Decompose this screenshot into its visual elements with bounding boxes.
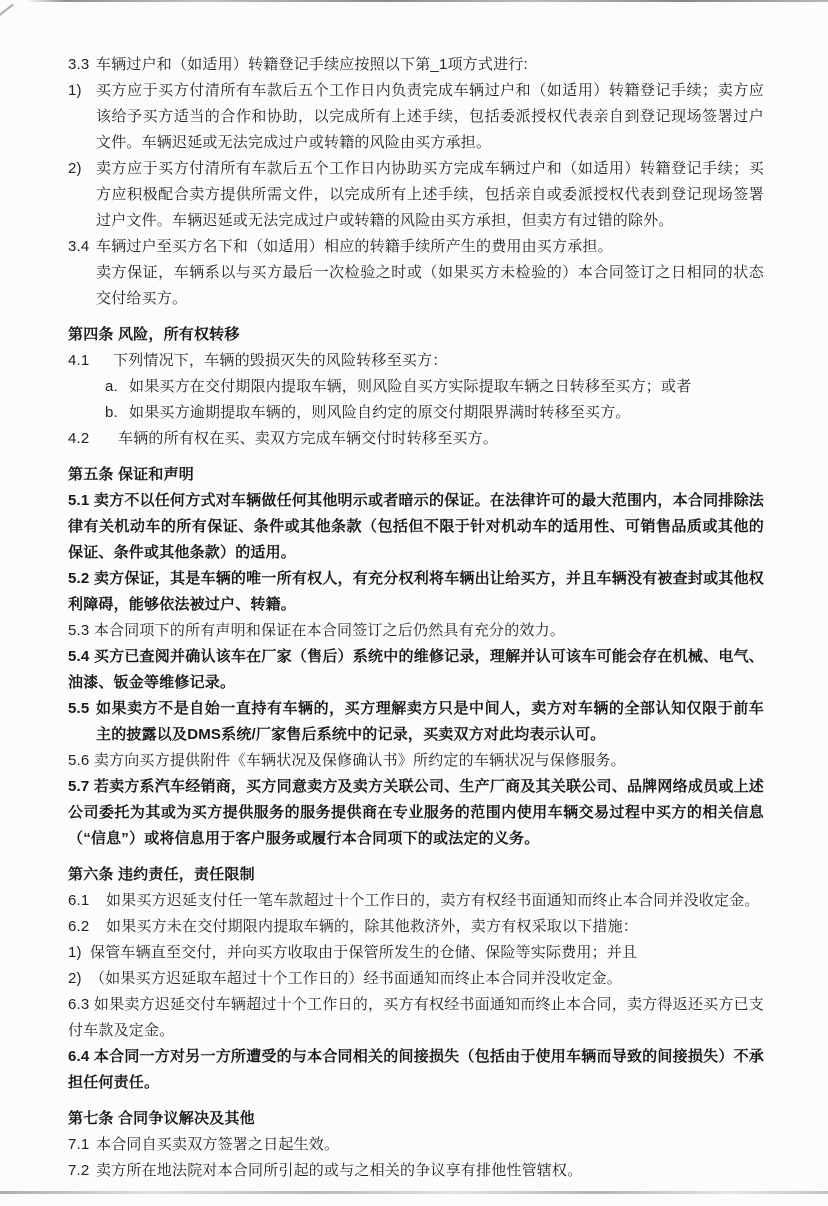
contract-paragraph: 5.6 卖方向买方提供附件《车辆状况及保修确认书》所约定的车辆状况与保修服务。 [68, 748, 764, 774]
scan-corner-mark [0, 4, 14, 17]
section-heading: 第六条 违约责任，责任限制 [68, 862, 764, 888]
paragraph-number: b. [105, 400, 129, 426]
contract-paragraph: 6.2 如果买方未在交付期限内提取车辆的，除其他救济外，卖方有权采取以下措施： [68, 914, 764, 940]
contract-paragraph: 1) 买方应于买方付清所有车款后五个工作日内负责完成车辆过户和（如适用）转籍登记… [68, 78, 764, 156]
paragraph-text: 5.7 若卖方系汽车经销商，买方同意卖方及卖方关联公司、生产厂商及其关联公司、品… [68, 774, 764, 852]
paragraph-text: 如果买方逾期提取车辆的，则风险自约定的原交付期限界满时转移至买方。 [129, 400, 764, 426]
paragraph-number: 7.1 [68, 1132, 96, 1158]
section-heading: 第五条 保证和声明 [68, 462, 764, 488]
paragraph-text: 如果卖方不是自始一直持有车辆的，买方理解卖方只是中间人，卖方对车辆的全部认知仅限… [96, 696, 764, 748]
contract-paragraph: 2) （如果买方迟延取车超过十个工作日的）经书面通知而终止本合同并没收定金。 [68, 966, 764, 992]
paragraph-text: 第四条 风险，所有权转移 [68, 322, 764, 348]
contract-paragraph: 5.2 卖方保证，其是车辆的唯一所有权人，有充分权利将车辆出让给买方，并且车辆没… [68, 566, 764, 618]
section-heading: 第七条 合同争议解决及其他 [68, 1106, 764, 1132]
section-heading: 第四条 风险，所有权转移 [68, 322, 764, 348]
contract-paragraph: 4.1 下列情况下，车辆的毁损灭失的风险转移至买方： [68, 348, 764, 374]
contract-paragraph: 4.2 车辆的所有权在买、卖双方完成车辆交付时转移至买方。 [68, 426, 764, 452]
contract-paragraph: 5.1 卖方不以任何方式对车辆做任何其他明示或者暗示的保证。在法律许可的最大范围… [68, 488, 764, 566]
contract-paragraph: b. 如果买方逾期提取车辆的，则风险自约定的原交付期限界满时转移至买方。 [68, 400, 764, 426]
paragraph-text: 第五条 保证和声明 [68, 462, 764, 488]
contract-paragraph: 3.4 车辆过户至买方名下和（如适用）相应的转籍手续所产生的费用由买方承担。 [68, 234, 764, 260]
paragraph-number: 2) [68, 966, 90, 992]
paragraph-text: 车辆过户和（如适用）转籍登记手续应按照以下第_1项方式进行: [96, 52, 764, 78]
contract-paragraph: 卖方保证，车辆系以与买方最后一次检验之时或（如果买方未检验的）本合同签订之日相同… [68, 260, 764, 312]
paragraph-number: 4.2 [68, 426, 118, 452]
paragraph-text: 5.4 买方已查阅并确认该车在厂家（售后）系统中的维修记录，理解并认可该车可能会… [68, 644, 764, 696]
paragraph-text: 下列情况下，车辆的毁损灭失的风险转移至买方： [113, 348, 764, 374]
paragraph-text: 5.6 卖方向买方提供附件《车辆状况及保修确认书》所约定的车辆状况与保修服务。 [68, 748, 764, 774]
paragraph-number: 6.2 [68, 914, 106, 940]
paragraph-text: 如果买方迟延支付任一笔车款超过十个工作日的，卖方有权经书面通知而终止本合同并没收… [106, 888, 764, 914]
contract-page: 3.3 车辆过户和（如适用）转籍登记手续应按照以下第_1项方式进行: 1) 买方… [68, 52, 764, 1184]
paragraph-number: 4.1 [68, 348, 113, 374]
paragraph-text: 第六条 违约责任，责任限制 [68, 862, 764, 888]
paragraph-text: 本合同自买卖双方签署之日起生效。 [96, 1132, 764, 1158]
contract-paragraph: a. 如果买方在交付期限内提取车辆，则风险自买方实际提取车辆之日转移至买方；或者 [68, 374, 764, 400]
paragraph-text: （如果买方迟延取车超过十个工作日的）经书面通知而终止本合同并没收定金。 [90, 966, 764, 992]
paragraph-text: 如果买方未在交付期限内提取车辆的，除其他救济外，卖方有权采取以下措施： [106, 914, 764, 940]
paragraph-text: 6.4 本合同一方对另一方所遭受的与本合同相关的间接损失（包括由于使用车辆而导致… [68, 1044, 764, 1096]
paragraph-number: 7.2 [68, 1158, 96, 1184]
paragraph-text: 卖方所在地法院对本合同所引起的或与之相关的争议享有排他性管辖权。 [96, 1158, 764, 1184]
contract-paragraph: 5.7 若卖方系汽车经销商，买方同意卖方及卖方关联公司、生产厂商及其关联公司、品… [68, 774, 764, 852]
contract-paragraph: 7.1 本合同自买卖双方签署之日起生效。 [68, 1132, 764, 1158]
paragraph-number: 1) [68, 940, 90, 966]
contract-paragraph: 7.2 卖方所在地法院对本合同所引起的或与之相关的争议享有排他性管辖权。 [68, 1158, 764, 1184]
contract-body: 3.3 车辆过户和（如适用）转籍登记手续应按照以下第_1项方式进行: 1) 买方… [68, 52, 764, 1184]
paragraph-number: 5.5 [68, 696, 96, 748]
paragraph-text: 5.2 卖方保证，其是车辆的唯一所有权人，有充分权利将车辆出让给买方，并且车辆没… [68, 566, 764, 618]
paragraph-number: 3.4 [68, 234, 96, 260]
contract-paragraph: 6.1 如果买方迟延支付任一笔车款超过十个工作日的，卖方有权经书面通知而终止本合… [68, 888, 764, 914]
paragraph-text: 第七条 合同争议解决及其他 [68, 1106, 764, 1132]
scan-edge-top [26, 0, 828, 2]
contract-paragraph: 3.3 车辆过户和（如适用）转籍登记手续应按照以下第_1项方式进行: [68, 52, 764, 78]
paragraph-text: 买方应于买方付清所有车款后五个工作日内负责完成车辆过户和（如适用）转籍登记手续；… [96, 78, 764, 156]
paragraph-number: 2) [68, 156, 96, 234]
paragraph-text: 保管车辆直至交付，并向买方收取由于保管所发生的仓储、保险等实际费用；并且 [90, 940, 764, 966]
paragraph-text: 5.3 本合同项下的所有声明和保证在本合同签订之后仍然具有充分的效力。 [68, 618, 764, 644]
paragraph-text: 6.3 如果卖方迟延交付车辆超过十个工作日的，买方有权经书面通知而终止本合同，卖… [68, 992, 764, 1044]
paragraph-number: 6.1 [68, 888, 106, 914]
paragraph-text: 卖方应于买方付清所有车款后五个工作日内协助买方完成车辆过户和（如适用）转籍登记手… [96, 156, 764, 234]
contract-paragraph: 2) 卖方应于买方付清所有车款后五个工作日内协助买方完成车辆过户和（如适用）转籍… [68, 156, 764, 234]
paragraph-text: 如果买方在交付期限内提取车辆，则风险自买方实际提取车辆之日转移至买方；或者 [129, 374, 764, 400]
contract-paragraph: 5.3 本合同项下的所有声明和保证在本合同签订之后仍然具有充分的效力。 [68, 618, 764, 644]
paragraph-number: a. [105, 374, 129, 400]
contract-paragraph: 6.4 本合同一方对另一方所遭受的与本合同相关的间接损失（包括由于使用车辆而导致… [68, 1044, 764, 1096]
paragraph-text: 卖方保证，车辆系以与买方最后一次检验之时或（如果买方未检验的）本合同签订之日相同… [96, 260, 764, 312]
paragraph-text: 5.1 卖方不以任何方式对车辆做任何其他明示或者暗示的保证。在法律许可的最大范围… [68, 488, 764, 566]
contract-paragraph: 1) 保管车辆直至交付，并向买方收取由于保管所发生的仓储、保险等实际费用；并且 [68, 940, 764, 966]
contract-paragraph: 6.3 如果卖方迟延交付车辆超过十个工作日的，买方有权经书面通知而终止本合同，卖… [68, 992, 764, 1044]
contract-paragraph: 5.4 买方已查阅并确认该车在厂家（售后）系统中的维修记录，理解并认可该车可能会… [68, 644, 764, 696]
paragraph-number: 1) [68, 78, 96, 156]
paragraph-text: 车辆过户至买方名下和（如适用）相应的转籍手续所产生的费用由买方承担。 [96, 234, 764, 260]
paragraph-number: 3.3 [68, 52, 96, 78]
scan-edge-bottom [0, 1191, 828, 1194]
paragraph-text: 车辆的所有权在买、卖双方完成车辆交付时转移至买方。 [118, 426, 764, 452]
contract-paragraph: 5.5 如果卖方不是自始一直持有车辆的，买方理解卖方只是中间人，卖方对车辆的全部… [68, 696, 764, 748]
